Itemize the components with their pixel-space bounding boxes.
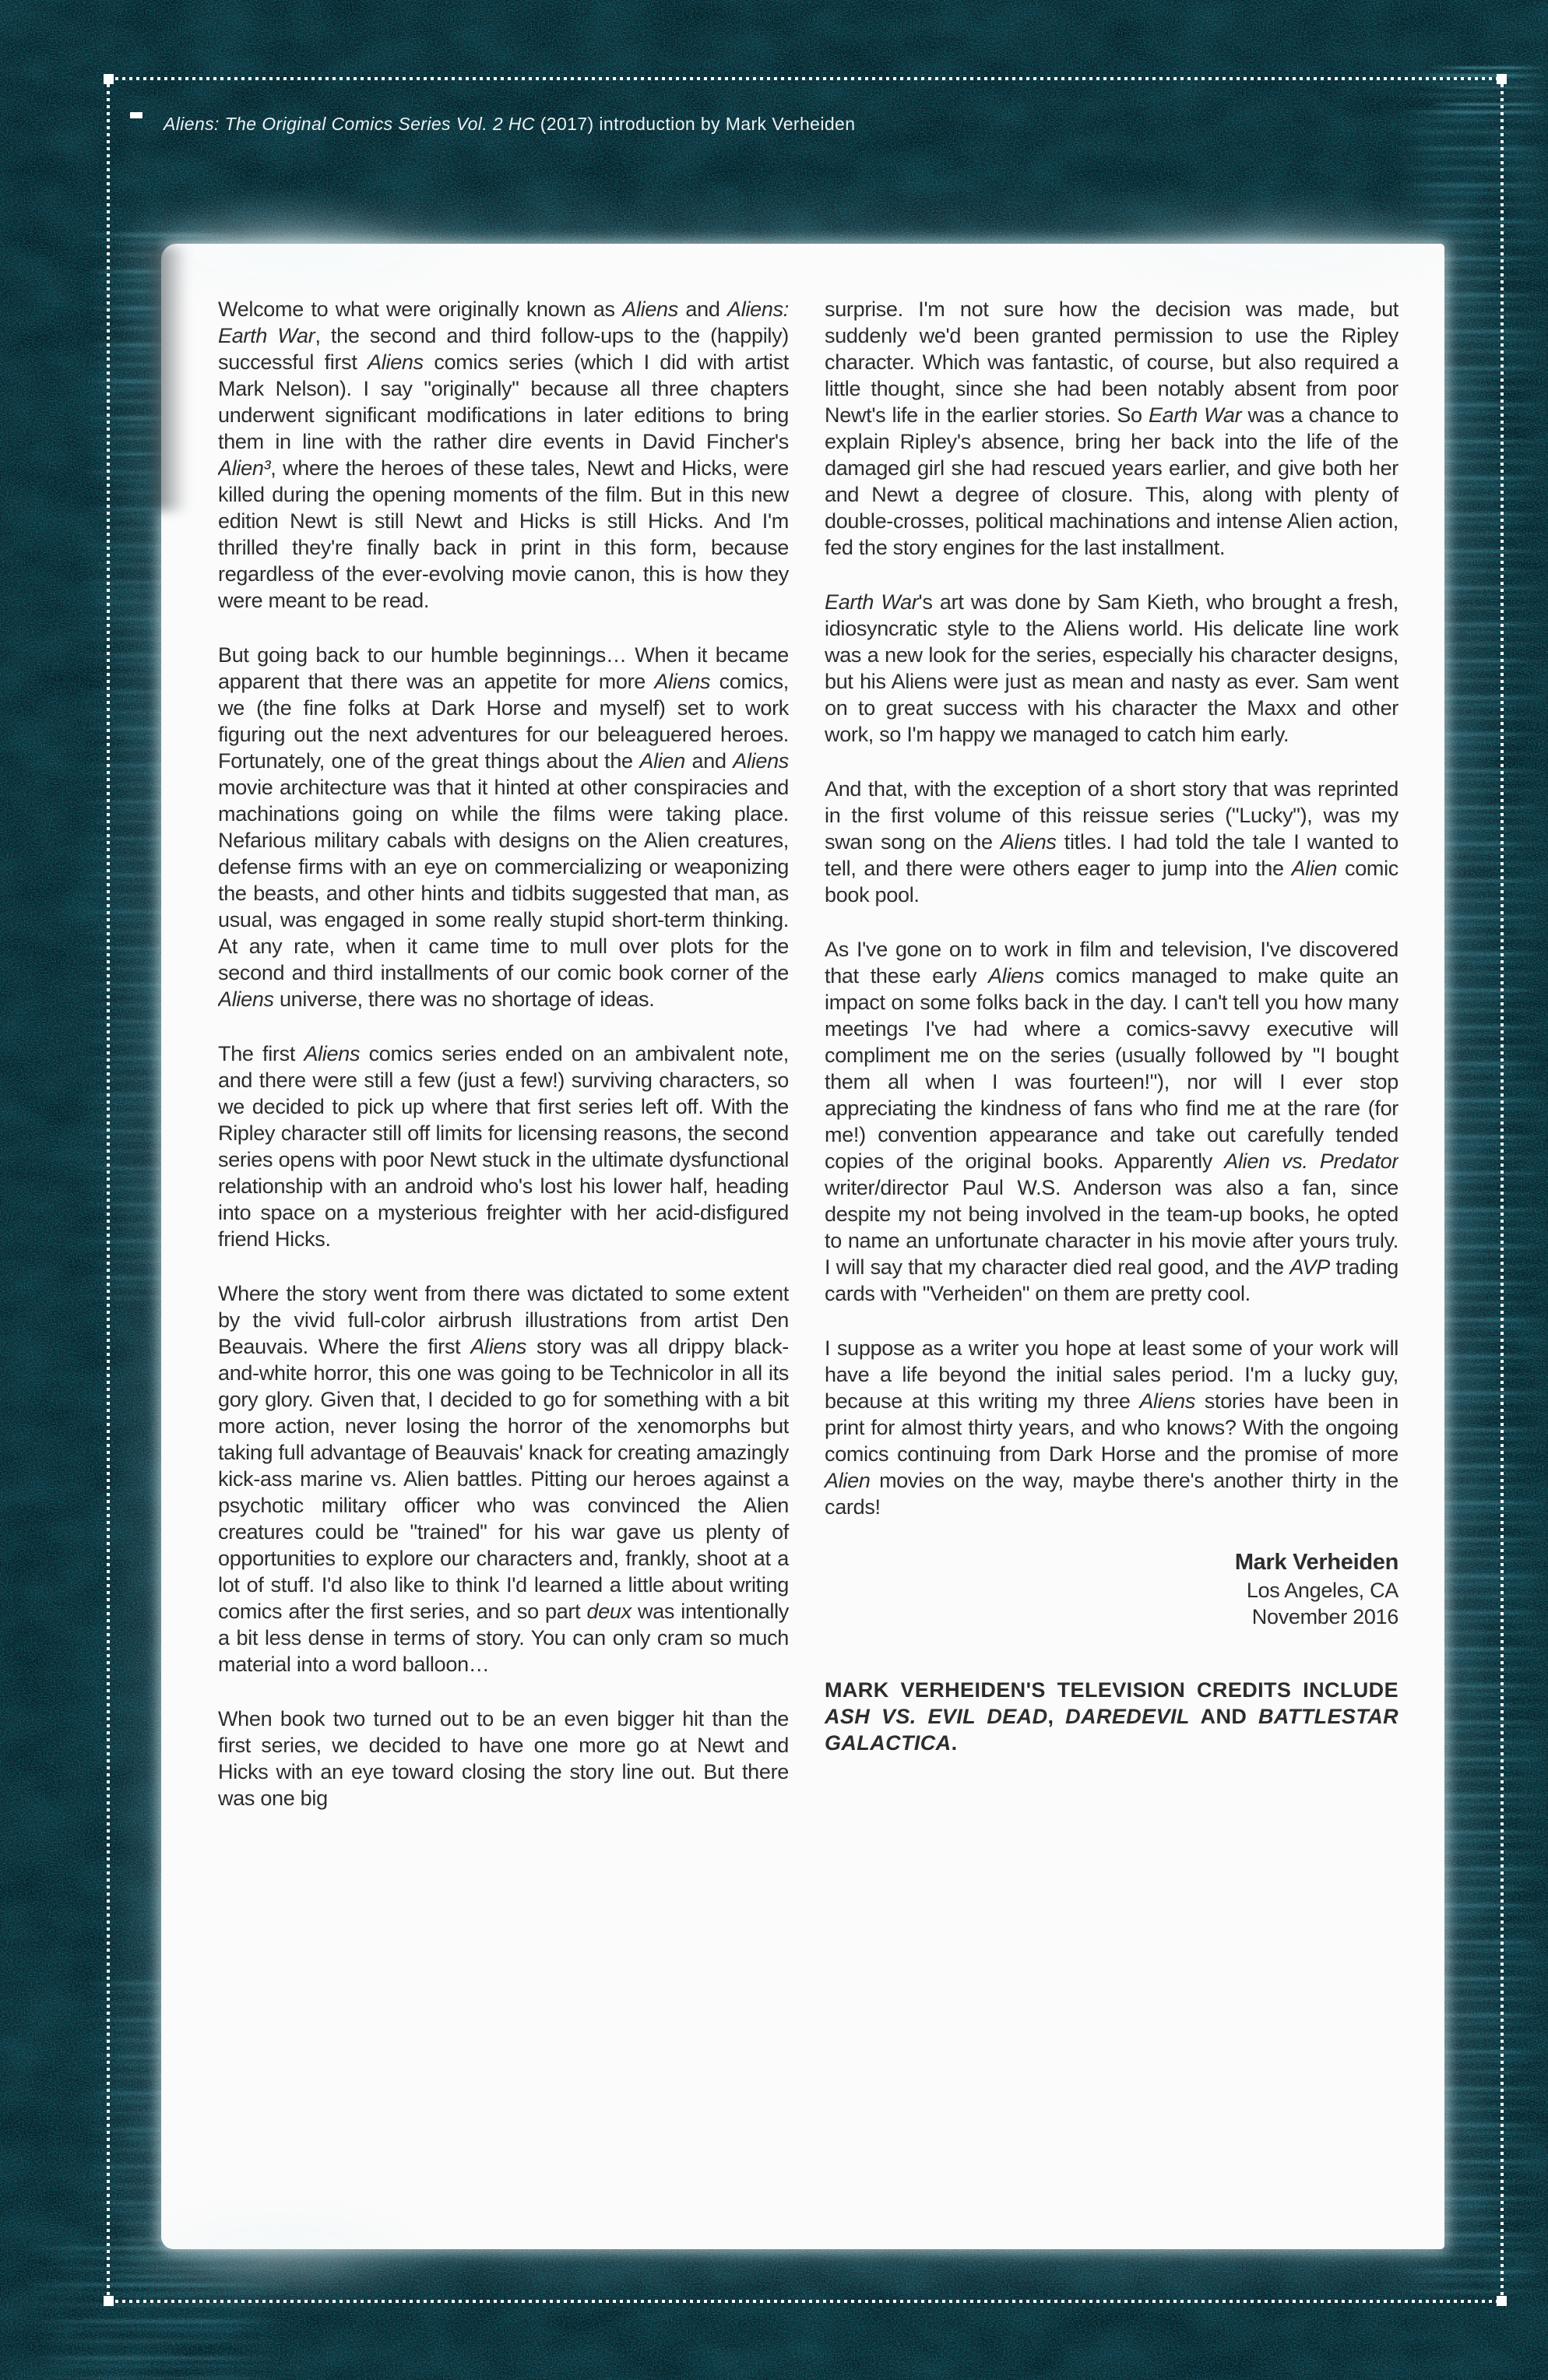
- paragraph: But going back to our humble beginnings……: [218, 642, 789, 1012]
- paragraph: Earth War's art was done by Sam Kieth, w…: [825, 589, 1398, 748]
- text-run: Alien³: [218, 456, 270, 480]
- text-run: universe, there was no shortage of ideas…: [274, 988, 655, 1011]
- text-run: Aliens: [622, 297, 678, 321]
- text-run: comics series ended on an ambivalent not…: [218, 1042, 789, 1251]
- paragraph: The first Aliens comics series ended on …: [218, 1040, 789, 1252]
- text-run: Earth War: [825, 590, 919, 614]
- text-run: and: [678, 297, 727, 321]
- text-run: The first: [218, 1042, 304, 1065]
- paragraph: MARK VERHEIDEN'S TELEVISION CREDITS INCL…: [825, 1677, 1398, 1756]
- text-run: movies on the way, maybe there's another…: [825, 1469, 1398, 1519]
- text-run: Aliens: [1001, 830, 1057, 854]
- text-run: was a chance to explain Ripley's absence…: [825, 403, 1398, 559]
- page-header: Aliens: The Original Comics Series Vol. …: [164, 114, 855, 134]
- text-run: and: [685, 749, 733, 773]
- dotted-border-corner: [1497, 74, 1507, 84]
- paragraph: I suppose as a writer you hope at least …: [825, 1335, 1398, 1520]
- signature-date: November 2016: [825, 1604, 1398, 1630]
- text-run: story was all drippy black-and-white hor…: [218, 1335, 789, 1623]
- page-content: Welcome to what were originally known as…: [218, 296, 1398, 2204]
- dotted-border-corner: [104, 2296, 114, 2306]
- text-run: Alien: [1292, 857, 1338, 880]
- signature-location: Los Angeles, CA: [825, 1577, 1398, 1604]
- text-run: comics managed to make quite an impact o…: [825, 964, 1398, 1173]
- text-run: Welcome to what were originally known as: [218, 297, 622, 321]
- text-run: 's art was done by Sam Kieth, who brough…: [825, 590, 1398, 746]
- text-column-left: Welcome to what were originally known as…: [218, 296, 789, 2204]
- text-column-right: surprise. I'm not sure how the decision …: [825, 296, 1398, 2204]
- book-title: Aliens: The Original Comics Series Vol. …: [164, 114, 535, 134]
- text-run: AND: [1190, 1705, 1258, 1728]
- text-run: DAREDEVIL: [1065, 1705, 1190, 1728]
- page-background: Aliens: The Original Comics Series Vol. …: [0, 0, 1548, 2380]
- text-run: MARK VERHEIDEN'S TELEVISION CREDITS INCL…: [825, 1678, 1398, 1702]
- column-right-paragraphs: surprise. I'm not sure how the decision …: [825, 296, 1398, 1520]
- text-run: Aliens: [654, 670, 710, 693]
- header-dash-marker: [130, 112, 142, 118]
- text-run: Aliens: [470, 1335, 526, 1358]
- paragraph: surprise. I'm not sure how the decision …: [825, 296, 1398, 561]
- dotted-border-corner: [104, 74, 114, 84]
- text-run: AVP: [1289, 1255, 1330, 1279]
- text-run: Aliens: [304, 1042, 360, 1065]
- text-run: Alien: [639, 749, 685, 773]
- text-run: , where the heroes of these tales, Newt …: [218, 456, 789, 612]
- signature-name: Mark Verheiden: [825, 1548, 1398, 1577]
- paragraph: When book two turned out to be an even b…: [218, 1706, 789, 1811]
- text-run: deux: [586, 1600, 631, 1623]
- text-run: .: [952, 1731, 958, 1755]
- document-page: Welcome to what were originally known as…: [161, 244, 1444, 2249]
- text-run: Aliens: [1139, 1389, 1195, 1413]
- text-run: Alien: [825, 1469, 871, 1492]
- text-run: ,: [1047, 1705, 1065, 1728]
- text-run: movie architecture was that it hinted at…: [218, 776, 789, 984]
- text-run: ASH VS. EVIL DEAD: [825, 1705, 1047, 1728]
- dotted-border-corner: [1497, 2296, 1507, 2306]
- text-run: Alien vs. Predator: [1224, 1150, 1398, 1173]
- paragraph: And that, with the exception of a short …: [825, 776, 1398, 908]
- credits-note: MARK VERHEIDEN'S TELEVISION CREDITS INCL…: [825, 1677, 1398, 1756]
- paragraph: Welcome to what were originally known as…: [218, 296, 789, 614]
- text-run: Earth War: [1149, 403, 1241, 427]
- text-run: Aliens: [218, 988, 274, 1011]
- paragraph: As I've gone on to work in film and tele…: [825, 936, 1398, 1307]
- text-run: Aliens: [988, 964, 1044, 988]
- text-run: Aliens: [368, 350, 424, 374]
- paragraph: Where the story went from there was dict…: [218, 1280, 789, 1678]
- text-run: When book two turned out to be an even b…: [218, 1707, 789, 1810]
- header-subtitle: (2017) introduction by Mark Verheiden: [535, 114, 856, 134]
- text-run: Aliens: [733, 749, 789, 773]
- signature-block: Mark Verheiden Los Angeles, CA November …: [825, 1548, 1398, 1630]
